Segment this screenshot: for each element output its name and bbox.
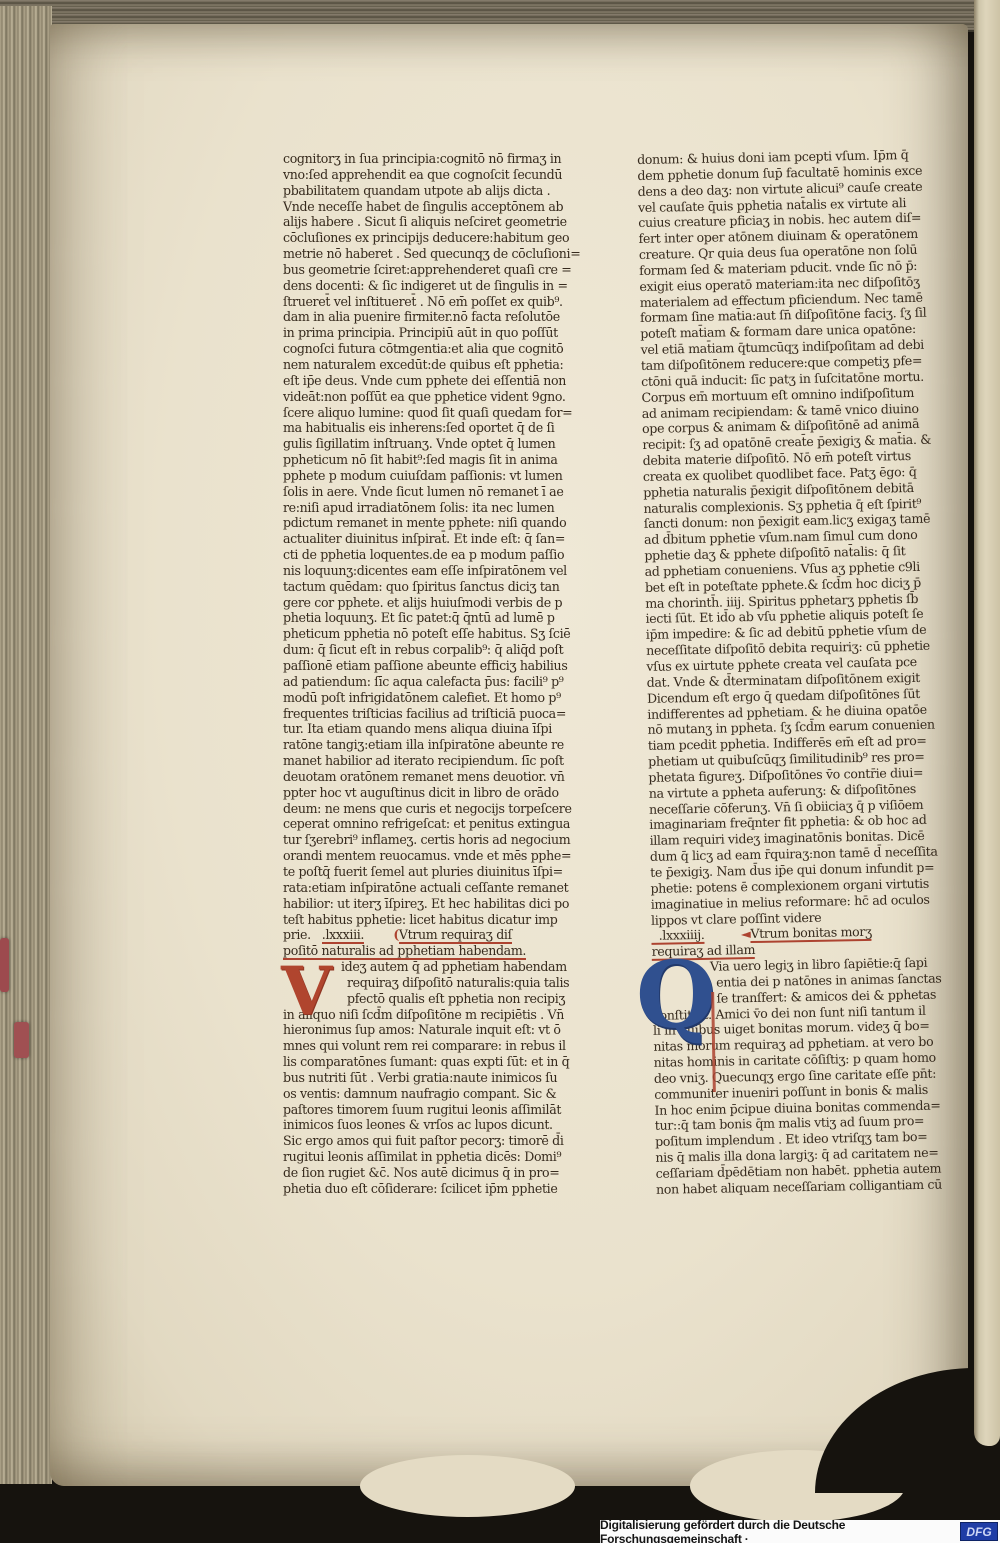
text-line: dum: q̄ ſicut eſt in rebus corpalib⁹: q̄… (283, 642, 588, 658)
page-bottom-edge (360, 1455, 575, 1517)
text-segment: Vtrum bonitas morʒ (750, 924, 872, 943)
text-line: cognitorʒ in ſua principia:cognitō nō fi… (283, 151, 588, 167)
text-segment (311, 927, 322, 942)
red-bookmark-tab (0, 938, 9, 992)
text-line: Vnde neceſſe habet de ſingulis acceptōne… (283, 199, 588, 215)
text-line: ppter hoc vt auguſtinus dicit in libro d… (283, 785, 588, 801)
text-line: re:niſi apud irradiatōnem ſolis: ita nec… (283, 500, 588, 516)
text-line: actualiter diuinitus inſpirat̄. Et inde … (283, 531, 588, 547)
illuminated-initial-q: Q (636, 952, 716, 1039)
text-line: gulis ſigillatim inſtruanʒ. Vnde optet q… (283, 436, 588, 452)
dfg-logo: DFG (960, 1522, 998, 1541)
illuminated-initial-v: V (281, 960, 332, 1023)
text-line: videāt:non poſſūt ea que pphetice vident… (283, 389, 588, 405)
text-segment: .lxxxiii. (322, 927, 364, 944)
text-line: tur. Ita etiam quando mens aliqua diuina… (283, 721, 588, 737)
text-line: teſt habitus pphetie: licet habitus dica… (283, 912, 588, 928)
text-line: gere cor pphete. et alijs huiuſmodi verb… (283, 595, 588, 611)
text-line: in prima principia. Principiū aūt in quo… (283, 325, 588, 341)
text-line: pbabilitatem quandam utpote ab alijs dic… (283, 183, 588, 199)
digitization-caption: Digitalisierung gefördert durch die Deut… (600, 1518, 955, 1543)
book-fore-edge (0, 6, 52, 1484)
text-line: nis loquunʒ:dicentes eam eſſe inſpiratōn… (283, 563, 588, 579)
text-line: metrie nō haberet . Sed quecunqʒ de cōcl… (283, 246, 588, 262)
text-line: paſtores timorem ſuum rugitui leonis aſſ… (283, 1102, 588, 1118)
text-line: ſcere aliquo lumine: quod ſit quaſi qued… (283, 405, 588, 421)
text-line: ſolis in aere. Vnde ſicut lumen nō reman… (283, 484, 588, 500)
text-line: orandi mentem reuocamus. vnde et mēs pph… (283, 848, 588, 864)
text-segment (364, 927, 393, 942)
text-line: phetia loquunʒ. Et ſic patet:q̄ q̄ntū ad… (283, 610, 588, 626)
text-line: ad patiendum: ſīc aqua calefacta p̄us: f… (283, 674, 588, 690)
text-line: phetia duo eſt cōſiderare: ſcilicet ip̄m… (283, 1181, 588, 1197)
text-line: tactum quēdam: quo ſpiritus ſanctus dici… (283, 579, 588, 595)
text-line: rata:etiam inſpiratōne actuali ceſſante … (283, 880, 588, 896)
text-line: frequentes triſticias facilius ad triſti… (283, 706, 588, 722)
text-line: habilior: ut iterʒ īſpireʒ. Et hec habil… (283, 896, 588, 912)
text-segment: Vtrum requiraʒ diſ (399, 927, 512, 944)
text-line: deum: ne mens que curis et negocijs torp… (283, 801, 588, 817)
text-line: vno:ſed apprehendit ea que cognoſcit ſec… (283, 167, 588, 183)
text-line: cti de pphetia loquentes.de ea p modum p… (283, 547, 588, 563)
text-line: modū poſt infrigidatōnem calefiet. Et ho… (283, 690, 588, 706)
text-line: manet habilior ad iterato recipiendum. ſ… (283, 753, 588, 769)
text-line: mnes qui volunt rem rei comparare: in re… (283, 1038, 588, 1054)
text-line: bus nutriti ſūt . Verbi gratia:naute ini… (283, 1070, 588, 1086)
text-line: ma habitualis eis inherens:ſed oportet q… (283, 420, 588, 436)
text-line: dens docenti: & ſic indigeret ut de ſing… (283, 278, 588, 294)
text-segment (704, 927, 741, 943)
text-line: cognoſci futura cōtmgentia:et alia que c… (283, 341, 588, 357)
text-line: prie. .lxxxiii. (Vtrum requiraʒ diſ (283, 927, 588, 943)
text-column-left: cognitorʒ in ſua principia:cognitō nō fi… (283, 151, 588, 1197)
text-line: alijs habere . Sicut ſi aliquis neſciret… (283, 214, 588, 230)
text-segment: prie. (283, 927, 311, 942)
text-line: ſtrueret̄ vel inſtitueret̄ . Nō em̄ poſſ… (283, 294, 588, 310)
text-line: rugitui leonis aſſimilat in pphetia dicē… (283, 1149, 588, 1165)
text-line: ratōne tangiʒ:etiam illa inſpiratōne abe… (283, 737, 588, 753)
text-line: cōcluſiones ex principijs deducere:habit… (283, 230, 588, 246)
text-line: os ventis: damnum naufragio compant. Sic… (283, 1086, 588, 1102)
text-line: de ſion rugiet &c̄. Nos autē dicimus q̄ … (283, 1165, 588, 1181)
text-line: pheticum pphetia nō poteſt eſſe habitus.… (283, 626, 588, 642)
text-line: inimicos ſuos leones & vrſos ac lupos di… (283, 1117, 588, 1133)
text-line: dam in alia puenire firmiter.nō facta re… (283, 309, 588, 325)
text-line: bus geometrie ſciret:apprehenderet quaſi… (283, 262, 588, 278)
next-page-edge (974, 0, 1000, 1446)
text-line: lis comparatōnes ſumant: quas expti ſūt:… (283, 1054, 588, 1070)
digitization-caption-bar: Digitalisierung gefördert durch die Deut… (600, 1520, 1000, 1543)
text-line: paſſionē etiam paſſione abeunte efficiʒ … (283, 658, 588, 674)
red-bookmark-tab (14, 1022, 29, 1058)
text-line: deuotam oratōnem remanet mens deuotior. … (283, 769, 588, 785)
text-line: te poſtq̄ fuerit ſemel aut pluries diuin… (283, 864, 588, 880)
text-line: pdictum remanet in mente pphete: niſi qu… (283, 515, 588, 531)
text-line: ceperat omnino refrigeſcat: et penitus e… (283, 816, 588, 832)
rubric-mark: ◄ (741, 926, 751, 941)
text-line: eſt ip̄e deus. Vnde cum pphete dei eſſen… (283, 373, 588, 389)
text-line: pphete p modum cuiuſdam paſſionis: vt lu… (283, 468, 588, 484)
text-line: nem naturalem excedūt:de quibus eſt pphe… (283, 357, 588, 373)
text-line: tur ſʒerebri⁹ inflameʒ. certis horis ad … (283, 832, 588, 848)
text-line: ppheticum nō ſit habit⁹:ſed magis ſit in… (283, 452, 588, 468)
text-line: Sic ergo amos qui fuit paſtor pecorʒ: ti… (283, 1133, 588, 1149)
